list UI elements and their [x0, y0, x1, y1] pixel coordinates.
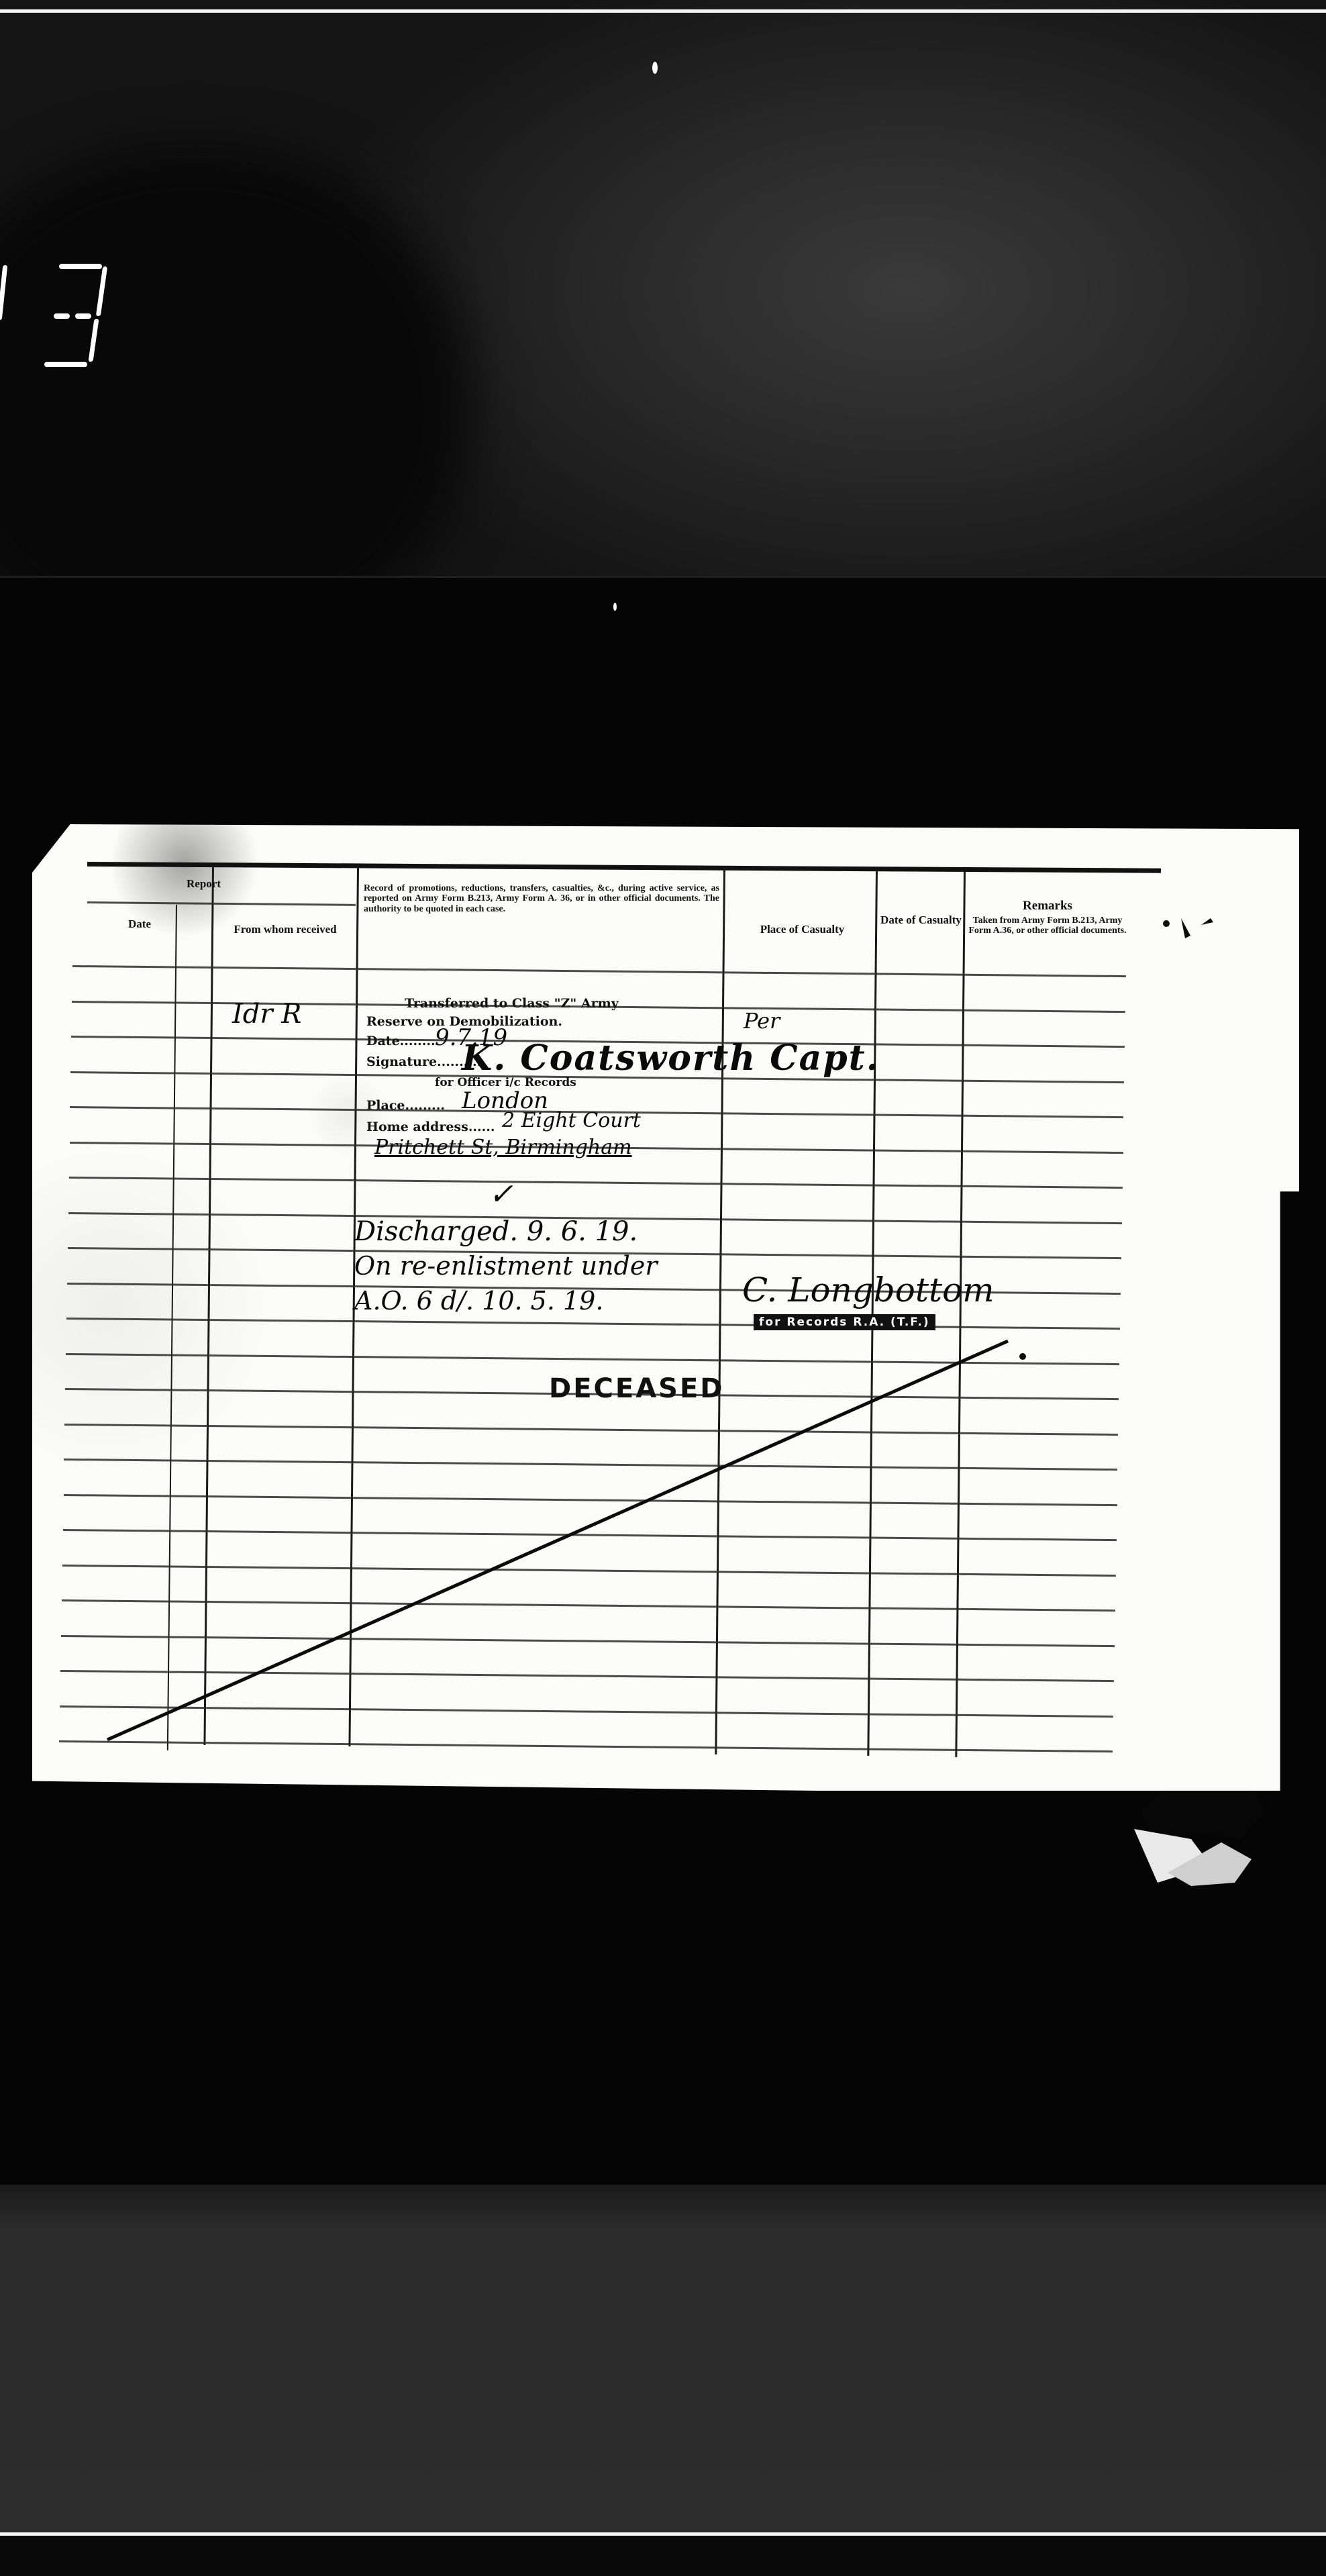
segment	[89, 319, 99, 362]
header-from-whom-received: From whom received	[215, 924, 356, 936]
header-remarks: Remarks	[968, 899, 1127, 913]
service-record-page: Report Date From whom received Record of…	[32, 824, 1299, 1791]
home-address-line-2: Pritchett St, Birmingham	[374, 1136, 632, 1159]
header-place-of-casualty: Place of Casualty	[730, 924, 874, 936]
discharge-line-1: Discharged. 9. 6. 19.	[354, 1216, 637, 1247]
records-stamp: for Records R.A. (T.F.)	[754, 1314, 935, 1330]
date-label-text: Date	[366, 1034, 400, 1048]
dust-speck	[652, 62, 658, 74]
film-background-top	[0, 0, 1326, 577]
segment	[75, 313, 91, 319]
signature-value: K. Coatsworth Capt.	[462, 1038, 880, 1079]
header-remarks-sub: Taken from Army Form B.213, Army Form A.…	[968, 915, 1127, 936]
discharge-line-2: On re-enlistment under	[354, 1251, 658, 1281]
records-signature: C. Longbottom	[742, 1271, 994, 1309]
dust-speck	[613, 603, 617, 611]
header-date: Date	[99, 918, 180, 931]
home-address-label-text: Home address	[366, 1120, 468, 1134]
segment	[54, 313, 70, 319]
film-background-bottom	[0, 2185, 1326, 2534]
from-whom-received-value: Idr R	[232, 999, 301, 1030]
segment	[59, 264, 102, 269]
header-record: Record of promotions, reductions, transf…	[364, 883, 719, 914]
transfer-line-1: Transferred to Class "Z" Army	[405, 996, 619, 1011]
film-base	[0, 2536, 1326, 2576]
home-address-label: Home address......	[366, 1120, 495, 1134]
film-edge-top	[0, 9, 1326, 13]
discharge-line-3: A.O. 6 d/. 10. 5. 19.	[354, 1286, 603, 1316]
signature-label-text: Signature	[366, 1054, 437, 1069]
tick-mark: ✓	[489, 1177, 513, 1211]
place-label: Place.........	[366, 1098, 445, 1113]
segment	[96, 266, 107, 316]
place-of-casualty-note: Per	[744, 1008, 780, 1034]
date-label: Date........	[366, 1034, 436, 1048]
header-report: Report	[187, 878, 267, 891]
place-label-text: Place	[366, 1098, 405, 1113]
home-address-line-1: 2 Eight Court	[502, 1109, 641, 1132]
frame-number: 13	[12, 258, 106, 359]
deceased-stamp: DECEASED	[549, 1373, 725, 1404]
header-date-of-casualty: Date of Casualty	[879, 914, 963, 927]
segment	[44, 362, 87, 367]
